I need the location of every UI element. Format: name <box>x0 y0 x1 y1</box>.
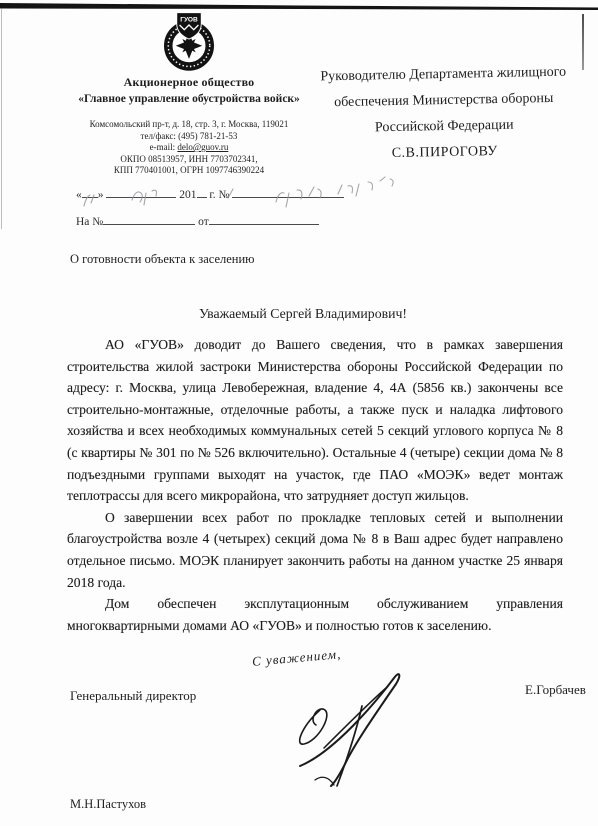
executor-name: М.Н.Пастухов <box>70 797 146 812</box>
contact-block: Комсомольский пр-т, д. 18, стр. 3, г. Мо… <box>60 119 318 177</box>
salutation: Уважаемый Сергей Владимирович! <box>68 306 538 322</box>
body-paragraph-3: Дом обеспечен эксплутационным обслуживан… <box>67 593 563 636</box>
signature-ink-icon <box>252 658 452 793</box>
reply-reference-line: На № от <box>76 213 406 228</box>
scan-artifact-left-edge <box>1 9 2 229</box>
address-line: Комсомольский пр-т, д. 18, стр. 3, г. Мо… <box>60 119 318 131</box>
recipient-name: С.В.ПИРОГОВУ <box>297 137 593 169</box>
company-emblem-icon: ГУОВ <box>156 10 222 72</box>
subject-line: О готовности объекта к заселению <box>70 252 255 267</box>
reply-number-blank <box>103 213 195 225</box>
handwritten-registration-marks <box>76 176 416 214</box>
phone-line: тел/факс: (495) 781-21-53 <box>60 131 318 143</box>
letter-body: АО «ГУОВ» доводит до Вашего сведения, чт… <box>67 334 563 636</box>
letterhead: ГУОВ Акционерное общество «Главное управ… <box>60 10 318 177</box>
org-name: «Главное управление обустройства войск» <box>60 93 318 105</box>
reply-number-label: На № <box>76 216 103 228</box>
signer-title: Генеральный директор <box>70 688 196 704</box>
email-line: e-mail: delo@guov.ru <box>60 142 318 154</box>
reply-date-label: от <box>198 216 209 228</box>
email-label: e-mail: <box>150 142 178 152</box>
signer-name: Е.Горбачев <box>525 682 586 698</box>
emblem-logo-text: ГУОВ <box>180 17 198 24</box>
scanned-letter-page: ГУОВ Акционерное общество «Главное управ… <box>0 0 598 826</box>
body-paragraph-1: АО «ГУОВ» доводит до Вашего сведения, чт… <box>67 334 563 507</box>
email-address: delo@guov.ru <box>177 142 228 152</box>
body-paragraph-2: О завершении всех работ по прокладке теп… <box>67 507 563 593</box>
org-type: Акционерное общество <box>60 75 318 90</box>
recipient-block: Руководителю Департамента жилищного обес… <box>295 59 593 169</box>
codes-line-1: ОКПО 08513957, ИНН 7703702341, <box>60 154 318 166</box>
reply-date-blank <box>209 213 319 225</box>
codes-line-2: КПП 770401001, ОГРН 1097746390224 <box>60 165 318 177</box>
